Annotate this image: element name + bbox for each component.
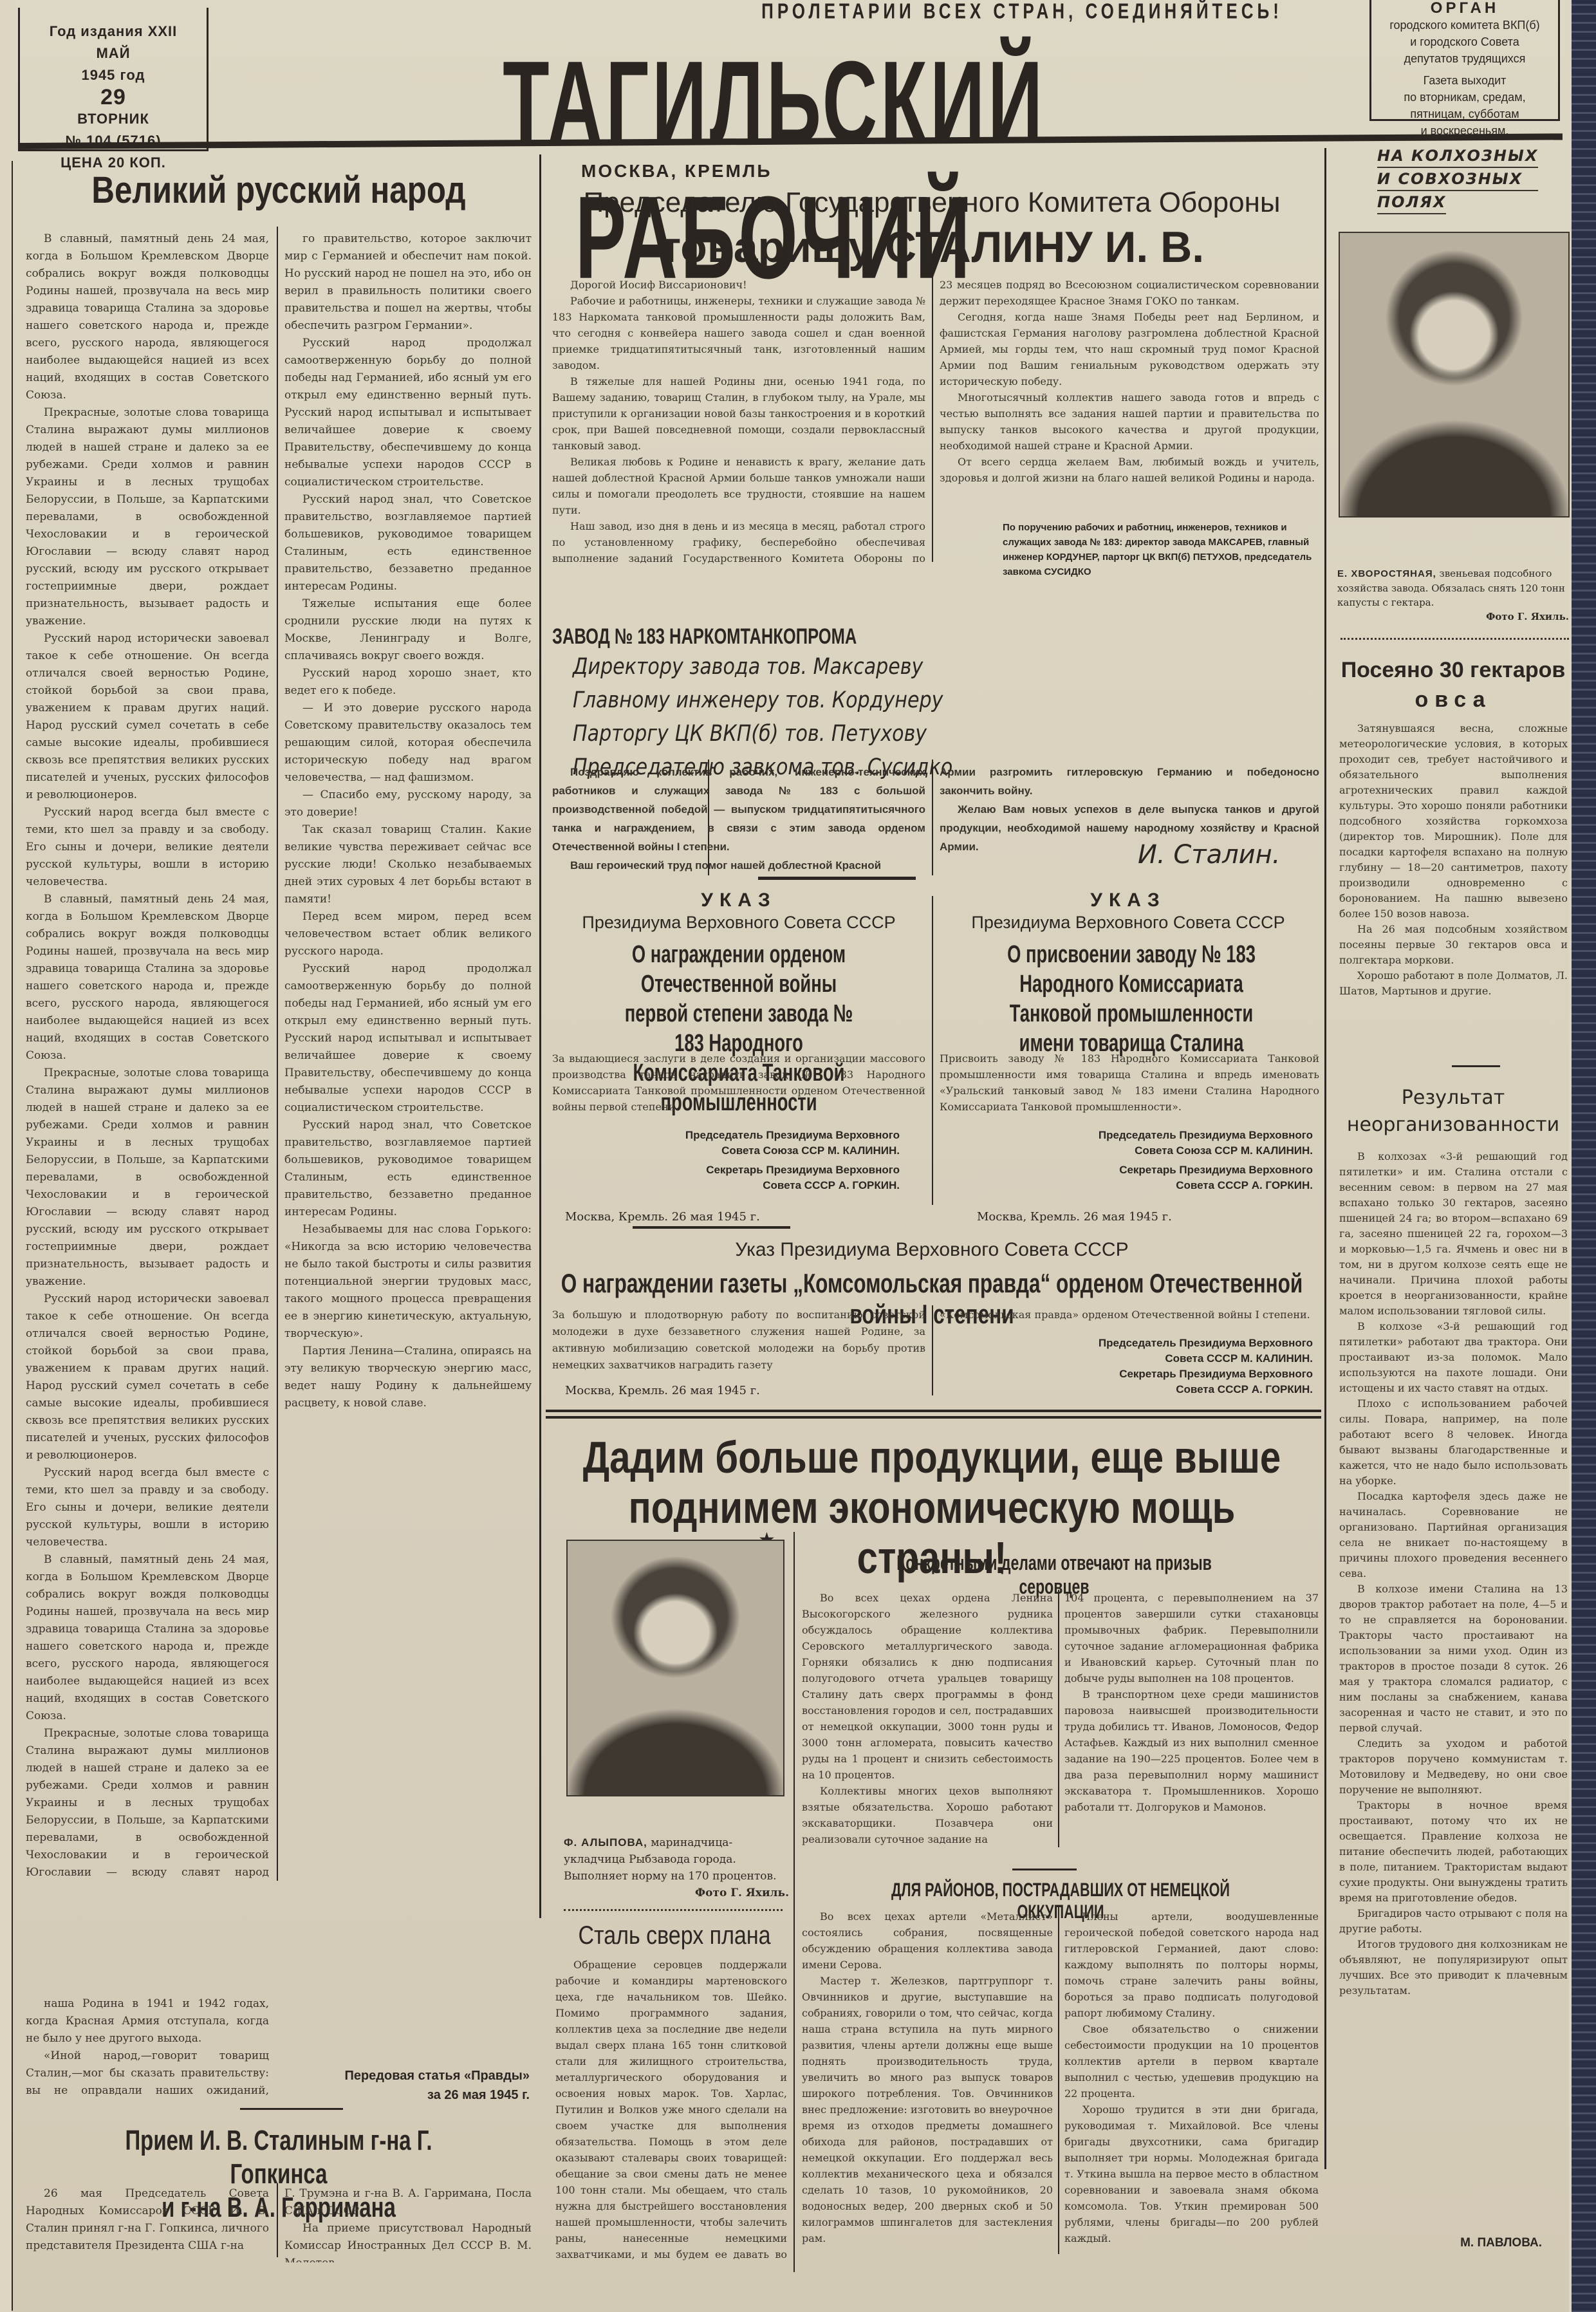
caption-name: Ф. АЛЫПОВА, (564, 1836, 647, 1849)
headline-line: овса (1331, 685, 1575, 714)
paragraph: 23 месяцев подряд во Всесоюзном социалис… (940, 277, 1319, 309)
paragraph: Члены артели, воодушевленные героической… (1064, 1908, 1319, 2021)
paragraph: Перед всем миром, перед всем человечеств… (284, 908, 532, 960)
publisher-box: ОРГАН городского комитета ВКП(б) и город… (1369, 0, 1560, 121)
headline-line: Прием И. В. Сталиным г-на Г. Гопкинса (88, 2124, 470, 2191)
paragraph: Партия Ленина—Сталина, опираясь на эту в… (284, 1343, 532, 1412)
paragraph: Армии разгромить гитлеровскую Германию и… (940, 763, 1319, 800)
paragraph: го правительство, которое заключит мир с… (284, 230, 532, 335)
signature-line: Совета Союза ССР М. КАЛИНИН. (552, 1143, 900, 1159)
paragraph: Хорошо трудится в эти дни бригада, руков… (1064, 2102, 1319, 2246)
article-great-people-col2: го правительство, которое заключит мир с… (284, 230, 532, 1852)
column-divider (539, 154, 541, 1918)
double-rule-top (546, 1410, 1321, 1412)
paragraph: наша Родина в 1941 и 1942 годах, когда К… (26, 1995, 269, 2047)
result-author: М. ПАВЛОВА. (1339, 2233, 1542, 2253)
reply-col2: Армии разгромить гитлеровскую Германию и… (940, 763, 1319, 853)
greeting: Дорогой Иосиф Виссарионович! (552, 277, 925, 293)
schedule-line: по вторникам, средам, (1371, 89, 1558, 106)
paragraph: Наш завод, изо дня в день и из месяца в … (552, 518, 925, 566)
reply-heading: ЗАВОД № 183 НАРКОМТАНКОПРОМА (552, 624, 857, 649)
paragraph: Свое обязательство о снижении себестоимо… (1064, 2021, 1319, 2102)
headline-great-people: Великий русский народ (62, 169, 495, 212)
article-great-people-col1: В славный, памятный день 24 мая, когда в… (26, 230, 269, 1885)
issue-day: 29 (20, 86, 207, 108)
schedule-line: пятницам, субботам (1371, 106, 1558, 122)
column-divider (1058, 1906, 1059, 2254)
column-divider (1058, 1590, 1059, 1847)
addressee: Парторгу ЦК ВКП(б) тов. Петухову (573, 717, 1071, 750)
ornament-rule (240, 2108, 343, 2110)
decree1-kind: УКАЗ (549, 890, 929, 911)
paragraph: 26 мая Председатель Совета Народных Коми… (26, 2185, 269, 2255)
telegram-addressee-line2: товарищу СТАЛИНУ И. В. (546, 222, 1318, 272)
signature-line: Совета СССР А. ГОРКИН. (940, 1178, 1313, 1193)
newspaper-page: Год издания XXII МАЙ 1945 год 29 ВТОРНИК… (12, 0, 1569, 2312)
paragraph: — Спасибо ему, русскому народу, за это д… (284, 787, 532, 821)
stalin-signature: И. Сталин. (1138, 840, 1281, 870)
photo-credit: Фото Г. Яхиль. (564, 1885, 789, 1901)
signature-line: Совета Союза ССР М. КАЛИНИН. (940, 1143, 1313, 1159)
scan-background-edge (1572, 0, 1596, 2312)
headline-line: неорганизованности (1331, 1112, 1575, 1139)
headline-oats: Посеяно 30 гектаров овса (1331, 655, 1575, 714)
rubric-fields: НА КОЛХОЗНЫХ И СОВХОЗНЫХ ПОЛЯХ (1377, 145, 1538, 214)
headline-line: Посеяно 30 гектаров (1331, 655, 1575, 685)
article-hopkins-col2: Г. Трумэна и г-на В. А. Гарримана, Посла… (284, 2185, 532, 2262)
paragraph: Рабочие и работницы, инженеры, техники и… (552, 293, 925, 373)
paragraph: Г. Трумэна и г-на В. А. Гарримана, Посла… (284, 2185, 532, 2220)
organ-heading: ОРГАН (1371, 0, 1558, 17)
source-attribution: Передовая статья «Правды» за 26 мая 1945… (288, 2066, 530, 2105)
schedule-line: Газета выходит (1371, 72, 1558, 89)
paragraph: Прекрасные, золотые слова товарища Стали… (26, 404, 269, 630)
decree3-signatures: Председатель Президиума Верховного Совет… (940, 1336, 1313, 1397)
paragraph: Прекрасные, золотые слова товарища Стали… (26, 1065, 269, 1291)
banner-line: Дадим больше продукции, еще выше (558, 1432, 1306, 1482)
column-divider (932, 896, 933, 1205)
article-steel: Обращение серовцев поддержали рабочие и … (555, 1957, 787, 2266)
rubric-line: НА КОЛХОЗНЫХ (1377, 145, 1538, 168)
paragraph: Прекрасные, золотые слова товарища Стали… (26, 1725, 269, 1885)
paragraph: — И это доверие русского народа Советско… (284, 700, 532, 787)
paragraph: В колхозах «3-й решающий год пятилетки» … (1339, 1149, 1568, 1319)
article-occupation-col2: Члены артели, воодушевленные героической… (1064, 1908, 1319, 2256)
column-divider (277, 227, 278, 1881)
signature-line: Совета СССР А. ГОРКИН. (552, 1178, 900, 1193)
signature-line: Совета СССР А. ГОРКИН. (940, 1382, 1313, 1397)
decree1-issuer: Президиума Верховного Совета СССР (549, 913, 929, 933)
paragraph: Тяжелые испытания еще более сроднили рус… (284, 595, 532, 665)
decree2-body: Присвоить заводу № 183 Народного Комисса… (940, 1050, 1319, 1121)
section-rule (1452, 1065, 1500, 1067)
photo-alypova (566, 1540, 784, 1796)
article-concrete-col1: Во всех цехах ордена Ленина Высокогорско… (802, 1590, 1053, 1847)
signature-line: Секретарь Президиума Верховного (940, 1162, 1313, 1178)
decree2-title: О присвоении заводу № 183 Народного Коми… (1007, 940, 1257, 1058)
paragraph: В славный, памятный день 24 мая, когда в… (26, 1551, 269, 1725)
paragraph: В славный, памятный день 24 мая, когда в… (26, 230, 269, 404)
paragraph: Многотысячный коллектив нашего завода го… (940, 389, 1319, 454)
source-line: Передовая статья «Правды» (288, 2066, 530, 2085)
signature-line: Секретарь Президиума Верховного (552, 1162, 900, 1178)
headline-steel: Сталь сверх плана (573, 1921, 776, 1950)
decree1-body: За выдающиеся заслуги в деле создания и … (552, 1050, 925, 1121)
telegram-addressee-line1: Председателю Государственного Комитета О… (546, 187, 1318, 219)
signature-line: Секретарь Президиума Верховного (940, 1366, 1313, 1382)
decree2-kind: УКАЗ (938, 890, 1318, 911)
paragraph: В колхозе «3-й решающий год пятилетки» р… (1339, 1319, 1568, 1396)
paragraph: В тяжелые для нашей Родины дни, осенью 1… (552, 373, 925, 454)
paragraph: На 26 мая подсобным хозяйством посеяны п… (1339, 922, 1568, 968)
photo-credit: Фото Г. Яхиль. (1337, 610, 1569, 624)
organ-line: городского комитета ВКП(б) (1371, 17, 1558, 33)
decree1-signatures: Председатель Президиума Верховного Совет… (552, 1128, 900, 1193)
paragraph: Русский народ продолжал самоотверженную … (284, 335, 532, 491)
decree3-issuer: Указ Президиума Верховного Совета СССР (546, 1239, 1318, 1261)
paragraph: На приеме присутствовал Народный Комисса… (284, 2220, 532, 2262)
issue-date-box: Год издания XXII МАЙ 1945 год 29 ВТОРНИК… (18, 8, 209, 151)
article-hopkins-col1: 26 мая Председатель Совета Народных Коми… (26, 2185, 269, 2262)
signature-line: Председатель Президиума Верховного (552, 1128, 900, 1143)
paragraph: Во всех цехах ордена Ленина Высокогорско… (802, 1590, 1053, 1783)
addressee: Директору завода тов. Максареву (573, 650, 1071, 684)
paragraph: Русский народ всегда был вместе с теми, … (26, 1464, 269, 1551)
paragraph: Ваш героический труд помог нашей доблест… (552, 856, 925, 872)
paragraph: Мастер т. Железков, партгруппорг т. Овчи… (802, 1973, 1053, 2246)
paragraph: Русский народ знал, что Советское правит… (284, 491, 532, 595)
paragraph: Русский народ исторически завоевал такое… (26, 1291, 269, 1464)
year-of-issue: Год издания XXII (20, 21, 207, 42)
paragraph: Хорошо работают в поле Долматов, Л. Шато… (1339, 968, 1568, 999)
paragraph: Поздравляю коллектив рабочих, инженерно-… (552, 763, 925, 856)
organ-line: депутатов трудящихся (1371, 50, 1558, 67)
signature-line: Председатель Президиума Верховного (940, 1336, 1313, 1351)
paragraph: Русский народ исторически завоевал такое… (26, 630, 269, 804)
section-rule (1012, 1869, 1077, 1870)
paragraph: От всего сердца желаем Вам, любимый вожд… (940, 454, 1319, 486)
paragraph: 104 процента, с перевыполнением на 37 пр… (1064, 1590, 1319, 1686)
paragraph: В славный, памятный день 24 мая, когда в… (26, 891, 269, 1065)
paragraph: Коллективы многих цехов выполняют взятые… (802, 1783, 1053, 1847)
wavy-divider (1341, 634, 1569, 640)
issue-month: МАЙ (20, 42, 207, 64)
paragraph: Следить за уходом и работой тракторов по… (1339, 1736, 1568, 1798)
issue-weekday: ВТОРНИК (20, 108, 207, 130)
decree3-body-col1: За большую и плодотворную работу по восп… (552, 1307, 925, 1377)
column-divider (277, 2183, 278, 2257)
caption-name: Е. ХВОРОСТЯНАЯ, (1337, 568, 1436, 579)
telegram-col1: Дорогой Иосиф Виссарионович! Рабочие и р… (552, 277, 925, 566)
column-divider (793, 1532, 795, 2272)
paragraph: Так сказал товарищ Сталин. Какие великие… (284, 821, 532, 908)
gorky-quote: Незабываемы для нас слова Горького: «Ник… (284, 1221, 532, 1343)
decree3-place-date: Москва, Кремль. 26 мая 1945 г. (565, 1384, 760, 1397)
organ-line: и городского Совета (1371, 33, 1558, 50)
headline-line: Результат (1331, 1085, 1575, 1112)
signature-line: Председатель Президиума Верховного (940, 1128, 1313, 1143)
wavy-divider (564, 1905, 783, 1911)
dateline: МОСКВА, КРЕМЛЬ (581, 161, 772, 182)
paragraph: В транспортном цехе среди машинистов пар… (1064, 1686, 1319, 1815)
paragraph: В колхозе имени Сталина на 13 дворов тра… (1339, 1581, 1568, 1736)
decree1-place-date: Москва, Кремль. 26 мая 1945 г. (565, 1210, 760, 1224)
rubric-line: И СОВХОЗНЫХ (1377, 168, 1538, 191)
article-oats: Затянувшаяся весна, сложные метеорологич… (1339, 721, 1568, 1056)
paragraph: Русский народ всегда был вместе с теми, … (26, 804, 269, 891)
telegram-col2: 23 месяцев подряд во Всесоюзном социалис… (940, 277, 1319, 521)
paragraph: Плохо с использованием рабочей силы. Пов… (1339, 1396, 1568, 1489)
addressee: Главному инженеру тов. Кордунеру (573, 684, 1071, 717)
section-rule (758, 877, 916, 880)
masthead-slogan: ПРОЛЕТАРИИ ВСЕХ СТРАН, СОЕДИНЯЙТЕСЬ! (726, 0, 1318, 24)
paragraph: Русский народ хорошо знает, кто ведет ег… (284, 665, 532, 700)
decree2-issuer: Президиума Верховного Совета СССР (938, 913, 1318, 933)
photo-khvorostyanaya (1339, 232, 1570, 517)
section-rule (633, 1226, 790, 1229)
photo-khvorostyanaya-caption: Е. ХВОРОСТЯНАЯ, звеньевая подсобного хоз… (1337, 566, 1569, 624)
article-concrete-col2: 104 процента, с перевыполнением на 37 пр… (1064, 1590, 1319, 1847)
paragraph: Тракторы в ночное время простаивают, пот… (1339, 1798, 1568, 1906)
column-divider (932, 275, 933, 562)
headline-result: Результат неорганизованности (1331, 1085, 1575, 1139)
article-great-people-col1-end: наша Родина в 1941 и 1942 годах, когда К… (26, 1995, 269, 2098)
paragraph: Посадка картофеля здесь даже не начинала… (1339, 1489, 1568, 1581)
paragraph: Итогов трудового дня колхозникам не объя… (1339, 1937, 1568, 1999)
paragraph: Во всех цехах артели «Металлист» состоял… (802, 1908, 1053, 1973)
paragraph: «Иной народ,—говорит товарищ Сталин,—мог… (26, 2047, 269, 2098)
paragraph: Русский народ продолжал самоотверженную … (284, 960, 532, 1117)
article-result: В колхозах «3-й решающий год пятилетки» … (1339, 1149, 1568, 2118)
source-line: за 26 мая 1945 г. (288, 2085, 530, 2105)
paragraph: Бригадиров часто отрывают с поля на друг… (1339, 1906, 1568, 1937)
paragraph: Затянувшаяся весна, сложные метеорологич… (1339, 721, 1568, 922)
signature-line: Совета СССР М. КАЛИНИН. (940, 1351, 1313, 1366)
paragraph: Обращение серовцев поддержали рабочие и … (555, 1957, 787, 2266)
column-divider (932, 760, 933, 875)
paragraph: Русский народ знал, что Советское правит… (284, 1117, 532, 1221)
double-rule-bottom (546, 1416, 1321, 1419)
column-divider (1324, 148, 1326, 2169)
issue-year: 1945 год (20, 64, 207, 86)
decree2-place-date: Москва, Кремль. 26 мая 1945 г. (977, 1210, 1172, 1224)
reply-col1: Поздравляю коллектив рабочих, инженерно-… (552, 763, 925, 872)
article-occupation-col1: Во всех цехах артели «Металлист» состоял… (802, 1908, 1053, 2256)
page-edge (12, 161, 13, 2311)
paragraph: Сегодня, когда наше Знамя Победы реет на… (940, 309, 1319, 389)
paragraph: Великая любовь к Родине и ненависть к вр… (552, 454, 925, 518)
rubric-line: ПОЛЯХ (1377, 191, 1446, 214)
telegram-signature: По поручению рабочих и работниц, инженер… (1003, 520, 1318, 579)
decree2-signatures: Председатель Президиума Верховного Совет… (940, 1128, 1313, 1193)
photo-alypova-caption: Ф. АЛЫПОВА, маринадчица-укладчица Рыбзав… (564, 1834, 789, 1901)
column-divider (932, 1305, 933, 1395)
